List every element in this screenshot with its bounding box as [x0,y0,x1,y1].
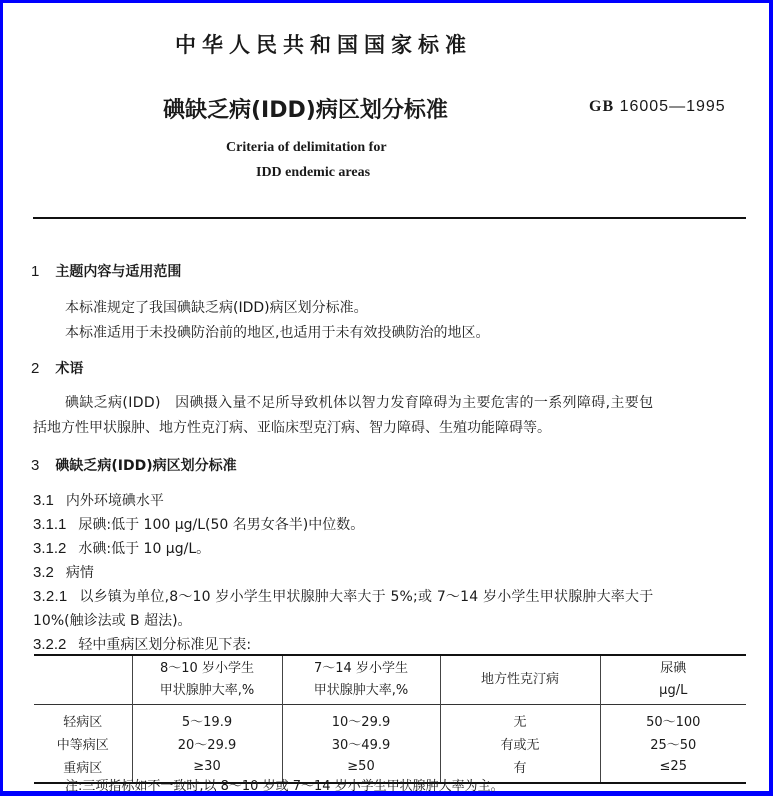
table-header-empty [34,655,132,705]
row-label: 中等病区 [34,732,132,755]
standard-code: GB 16005—1995 [589,98,726,116]
table-row: 轻病区 5～19.9 10～29.9 无 50～100 [34,705,746,733]
cell-goiter-8-10: 20～29.9 [132,732,282,755]
table-header-urinary-iodine: 尿碘 μg/L [600,655,746,705]
standard-code-number: 16005—1995 [620,98,726,115]
cell-goiter-7-14: 30～49.9 [282,732,440,755]
standard-code-prefix: GB [589,98,614,115]
table-note: 注:三项指标如不一致时,以 8～10 岁或 7～14 岁小学生甲状腺肿大率为主。 [65,775,504,794]
table-row: 中等病区 20～29.9 30～49.9 有或无 25～50 [34,732,746,755]
cell-goiter-7-14: 10～29.9 [282,705,440,733]
clause-3-1-2: 3.1.2水碘:低于 10 μg/L。 [33,538,210,558]
cell-urinary-iodine: 50～100 [600,705,746,733]
clause-3-2-2: 3.2.2轻中重病区划分标准见下表: [33,634,251,654]
english-title-line2: IDD endemic areas [256,165,370,181]
section-1-paragraph-2: 本标准适用于未投碘防治前的地区,也适用于未有效投碘防治的地区。 [65,322,489,342]
cell-urinary-iodine: ≤25 [600,755,746,783]
header-divider [33,217,746,219]
table-header-goiter-7-14: 7～14 岁小学生 甲状腺肿大率,% [282,655,440,705]
cell-urinary-iodine: 25～50 [600,732,746,755]
clause-3-2-1-continued: 10%(触诊法或 B 超法)。 [33,610,192,630]
cell-goiter-8-10: 5～19.9 [132,705,282,733]
section-2-paragraph-1: 碘缺乏病(IDD) 因碘摄入量不足所导致机体以智力发育障碍为主要危害的一系列障碍… [65,392,653,412]
section-2-heading: 2术语 [31,358,83,378]
section-3-heading: 3碘缺乏病(IDD)病区划分标准 [31,455,237,475]
section-1-paragraph-1: 本标准规定了我国碘缺乏病(IDD)病区划分标准。 [65,297,368,317]
endemic-area-criteria-table: 8～10 岁小学生 甲状腺肿大率,% 7～14 岁小学生 甲状腺肿大率,% 地方… [34,654,746,784]
english-title-line1: Criteria of delimitation for [226,140,387,156]
clause-3-2: 3.2病情 [33,562,94,582]
cell-cretinism: 有或无 [440,732,600,755]
section-2-paragraph-2: 括地方性甲状腺肿、地方性克汀病、亚临床型克汀病、智力障碍、生殖功能障碍等。 [33,417,551,437]
clause-3-2-1: 3.2.1以乡镇为单位,8～10 岁小学生甲状腺肿大率大于 5%;或 7～14 … [33,586,653,606]
clause-3-1-1: 3.1.1尿碘:低于 100 μg/L(50 名男女各半)中位数。 [33,514,364,534]
section-1-heading: 1主题内容与适用范围 [31,261,181,281]
document-title: 碘缺乏病(IDD)病区划分标准 [163,93,448,124]
row-label: 轻病区 [34,705,132,733]
table-header-goiter-8-10: 8～10 岁小学生 甲状腺肿大率,% [132,655,282,705]
document-page: 中华人民共和国国家标准 碘缺乏病(IDD)病区划分标准 GB 16005—199… [3,3,769,791]
clause-3-1: 3.1内外环境碘水平 [33,490,164,510]
standard-type-header: 中华人民共和国国家标准 [175,29,472,59]
table-header-cretinism: 地方性克汀病 [440,655,600,705]
table-header-row: 8～10 岁小学生 甲状腺肿大率,% 7～14 岁小学生 甲状腺肿大率,% 地方… [34,655,746,705]
cell-cretinism: 无 [440,705,600,733]
